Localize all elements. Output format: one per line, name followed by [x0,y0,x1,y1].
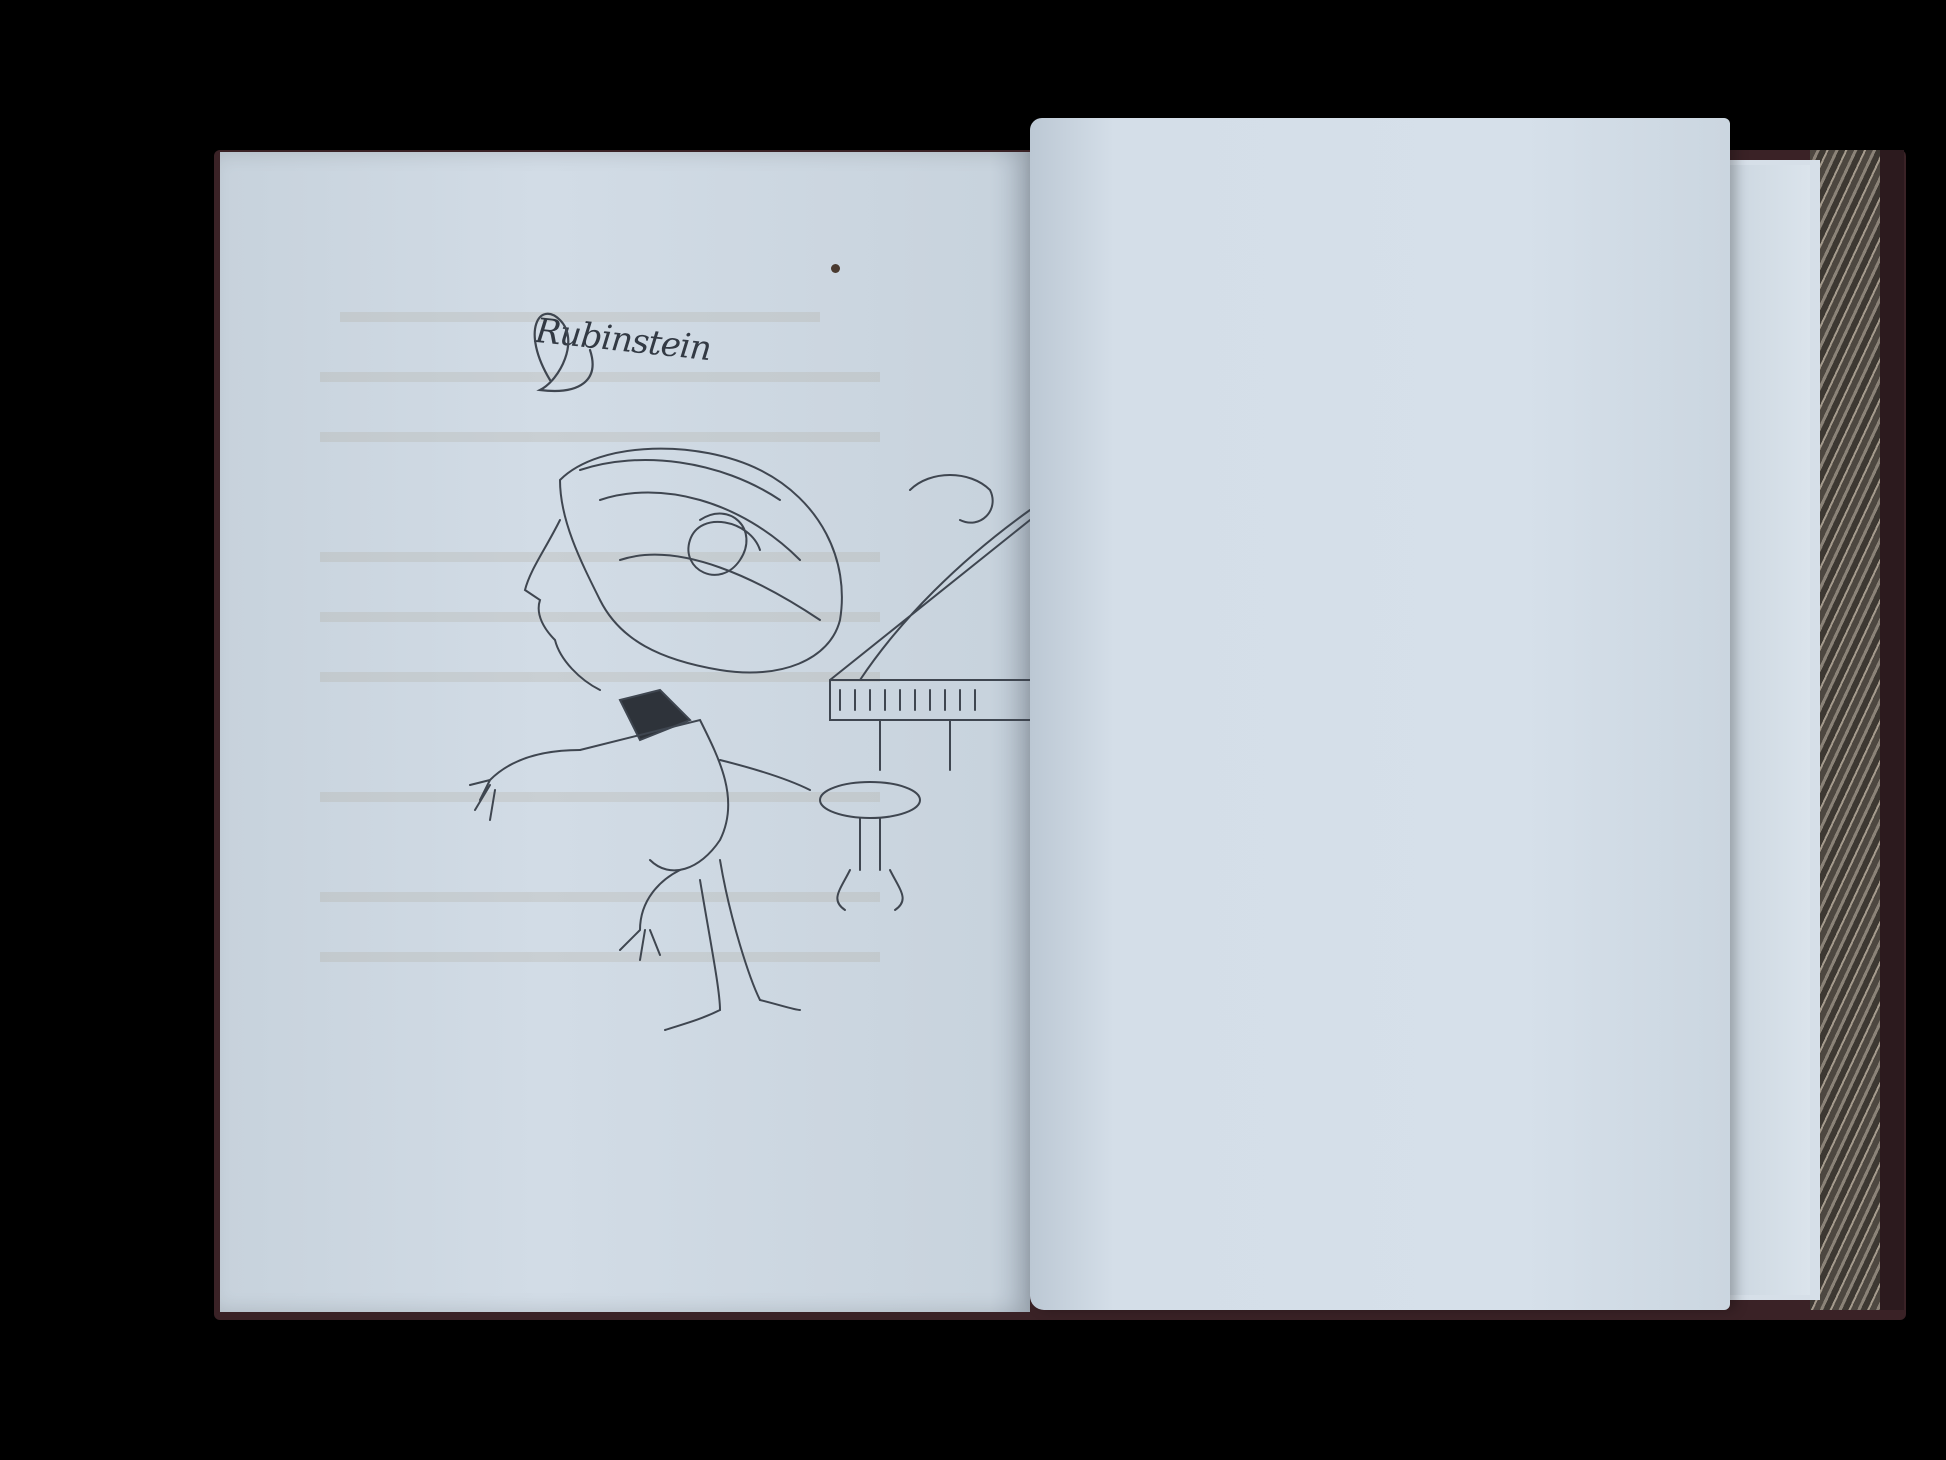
right-page-folded [1030,118,1730,1310]
